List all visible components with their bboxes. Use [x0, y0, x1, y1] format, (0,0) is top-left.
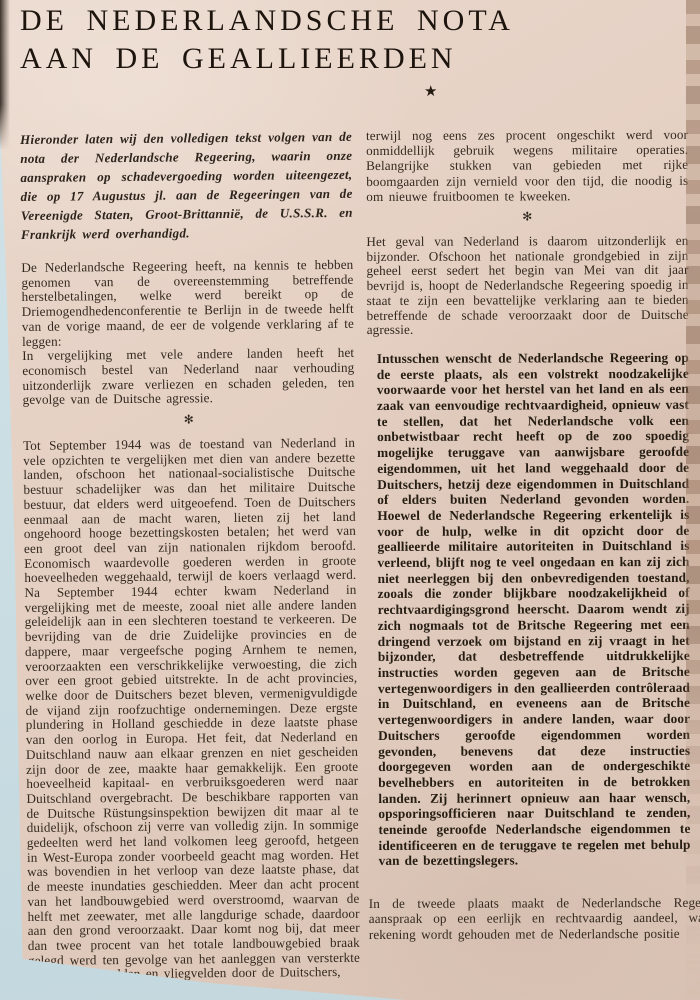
restitution-demand-paragraph: Intusschen wenscht de Nederlandsche Rege…: [367, 350, 691, 869]
article-title-line1: DE NEDERLANDSCHE NOTA: [20, 2, 514, 40]
scan-edge-shadow: [0, 0, 10, 150]
continuation-paragraph: terwijl nog eens zes procent ongeschikt …: [366, 127, 688, 204]
comparison-paragraph: In vergelijking met vele andere landen h…: [22, 346, 355, 408]
intro-paragraph: Hieronder laten wij den volledigen tekst…: [20, 127, 353, 244]
scan-right-edge-texture: [686, 0, 700, 1000]
section-star-icon: ✻: [366, 209, 688, 224]
main-history-paragraph: Tot September 1944 was de toestand van N…: [23, 436, 360, 983]
newspaper-clipping: DE NEDERLANDSCHE NOTA AAN DE GEALLIEERDE…: [0, 0, 700, 1000]
section-star-icon: ✻: [23, 411, 355, 428]
scanned-page: DE NEDERLANDSCHE NOTA AAN DE GEALLIEERDE…: [0, 0, 700, 1000]
article-title-line2: AAN DE GEALLIEERDEN: [20, 40, 514, 78]
right-column: terwijl nog eens zes procent ongeschikt …: [366, 127, 691, 942]
second-claim-paragraph: In de tweede plaats maakt de Nederlandsc…: [369, 895, 700, 942]
declaration-paragraph: De Nederlandsche Regeering heeft, na ken…: [21, 258, 354, 349]
article-title: DE NEDERLANDSCHE NOTA AAN DE GEALLIEERDE…: [20, 2, 514, 78]
title-star-icon: ★: [424, 82, 437, 100]
left-column: Hieronder laten wij den volledigen tekst…: [20, 127, 360, 983]
exceptional-case-paragraph: Het geval van Nederland is daarom uitzon…: [366, 234, 688, 338]
